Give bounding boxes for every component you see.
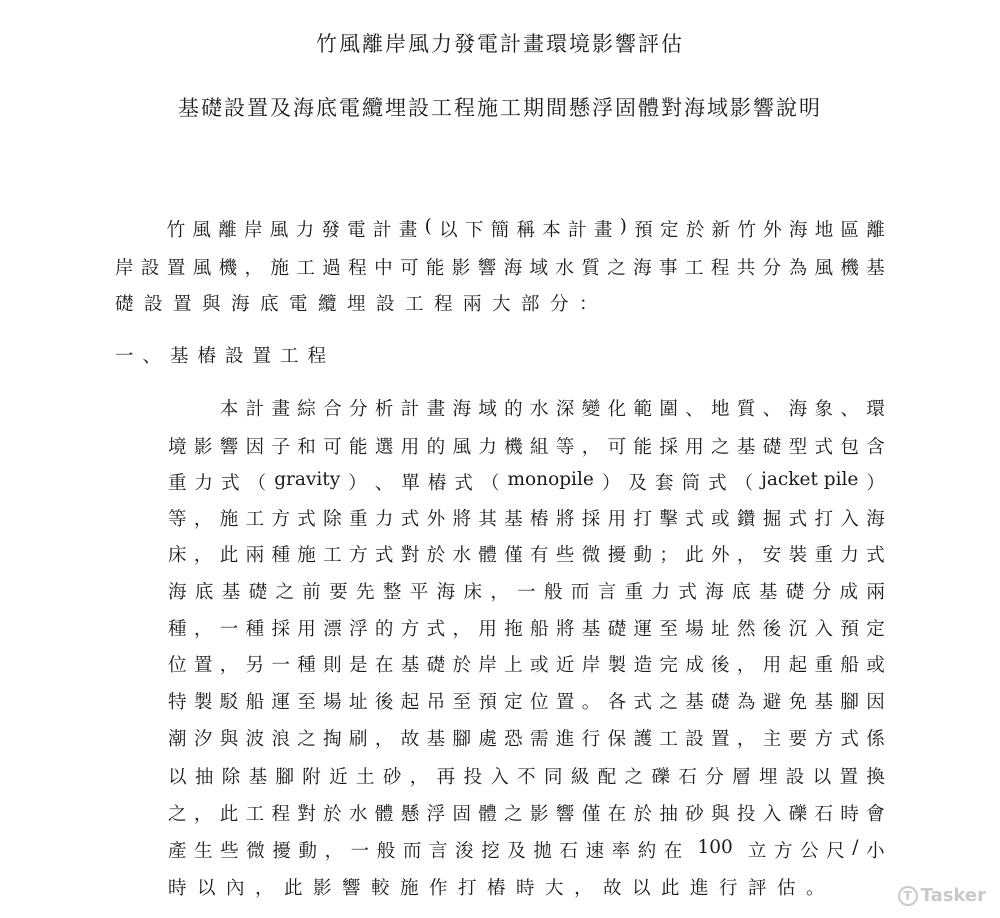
text-line: 產生些微擾動，一般而言浚挖及拋石速率約在 100 立方公尺/小 — [168, 837, 885, 863]
watermark: T Tasker — [898, 885, 986, 906]
watermark-text: Tasker — [921, 885, 986, 906]
text-line: 本計畫綜合分析計畫海域的水深變化範圍、地質、海象、環 — [168, 395, 885, 421]
text-line: 竹風離岸風力發電計畫(以下簡稱本計畫)預定於新竹外海地區離 — [115, 216, 885, 242]
text-line: 以抽除基腳附近土砂，再投入不同級配之礫石分層埋設以置換 — [168, 763, 885, 789]
text-line: 潮汐與波浪之掏刷，故基腳處恐需進行保護工設置，主要方式係 — [168, 725, 885, 751]
text-line: 境影響因子和可能選用的風力機組等，可能採用之基礎型式包含 — [168, 433, 885, 459]
text-line: 礎設置與海底電纜埋設工程兩大部分： — [115, 290, 885, 316]
section-heading: 一、基樁設置工程 — [115, 342, 335, 368]
text-line: 時以內，此影響較施作打樁時大，故以此進行評估。 — [168, 874, 885, 900]
text-line: 等，施工方式除重力式外將其基樁將採用打擊式或鑽掘式打入海 — [168, 505, 885, 531]
text-line: 特製駁船運至場址後起吊至預定位置。各式之基礎為避免基腳因 — [168, 688, 885, 714]
text-line: 種，一種採用漂浮的方式，用拖船將基礎運至場址然後沉入預定 — [168, 615, 885, 641]
text-line: 床，此兩種施工方式對於水體僅有些微擾動；此外，安裝重力式 — [168, 541, 885, 567]
text-line: 海底基礎之前要先整平海床，一般而言重力式海底基礎分成兩 — [168, 578, 885, 604]
text-line: 之，此工程對於水體懸浮固體之影響僅在於抽砂與投入礫石時會 — [168, 800, 885, 826]
text-line: 岸設置風機，施工過程中可能影響海域水質之海事工程共分為風機基 — [115, 254, 885, 280]
text-line: 重力式（gravity）、單樁式（monopile）及套筒式（jacket pi… — [168, 469, 885, 495]
document-subtitle: 基礎設置及海底電纜埋設工程施工期間懸浮固體對海域影響說明 — [0, 92, 1000, 122]
document-title: 竹風離岸風力發電計畫環境影響評估 — [0, 28, 1000, 58]
text-line: 位置，另一種則是在基礎於岸上或近岸製造完成後，用起重船或 — [168, 651, 885, 677]
tasker-logo-icon: T — [898, 886, 918, 906]
